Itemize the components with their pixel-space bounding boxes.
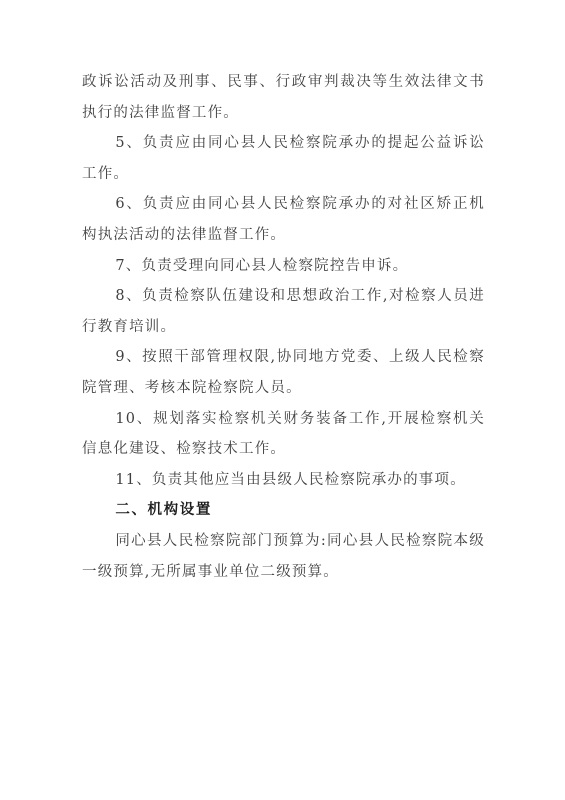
paragraph-budget: 同心县人民检察院部门预算为:同心县人民检察院本级一级预算,无所属事业单位二级预算…: [82, 526, 485, 587]
paragraph-item-9: 9、按照干部管理权限,协同地方党委、上级人民检察院管理、考核本院检察院人员。: [82, 342, 485, 403]
section-heading-organization-setup: 二、机构设置: [82, 495, 485, 526]
paragraph-item-8: 8、负责检察队伍建设和思想政治工作,对检察人员进行教育培训。: [82, 281, 485, 342]
paragraph-item-7: 7、负责受理向同心县人检察院控告申诉。: [82, 251, 485, 282]
document-text-block: 政诉讼活动及刑事、民事、行政审判裁决等生效法律文书执行的法律监督工作。 5、负责…: [82, 67, 485, 587]
paragraph-item-5: 5、负责应由同心县人民检察院承办的提起公益诉讼工作。: [82, 128, 485, 189]
paragraph-item-6: 6、负责应由同心县人民检察院承办的对社区矫正机构执法活动的法律监督工作。: [82, 189, 485, 250]
document-page: 政诉讼活动及刑事、民事、行政审判裁决等生效法律文书执行的法律监督工作。 5、负责…: [0, 0, 565, 800]
paragraph-item-11: 11、负责其他应当由县级人民检察院承办的事项。: [82, 465, 485, 496]
paragraph-continuation: 政诉讼活动及刑事、民事、行政审判裁决等生效法律文书执行的法律监督工作。: [82, 67, 485, 128]
paragraph-item-10: 10、规划落实检察机关财务装备工作,开展检察机关信息化建设、检察技术工作。: [82, 404, 485, 465]
